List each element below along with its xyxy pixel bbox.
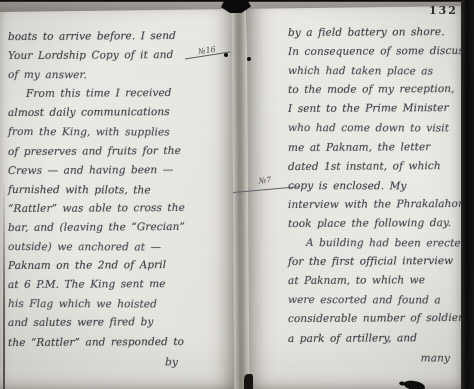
manuscript-line: a park of artillery, and bbox=[288, 328, 466, 348]
folio-number: 132 bbox=[429, 4, 458, 17]
manuscript-line: for the first official interview bbox=[288, 252, 466, 272]
gutter-shadow-mark bbox=[244, 374, 253, 389]
manuscript-line: at Paknam, to which we bbox=[288, 271, 466, 291]
right-page-text: by a field battery on shore. In conseque… bbox=[288, 24, 466, 368]
manuscript-line: to the mode of my reception, bbox=[288, 80, 466, 100]
manuscript-line: were escorted and found a bbox=[288, 291, 466, 311]
ink-dot-right bbox=[247, 57, 251, 61]
manuscript-line: interview with the Phrakalahom bbox=[288, 195, 466, 215]
left-page-text: boats to arrive before. I send Your Lord… bbox=[8, 28, 222, 372]
manuscript-line: Paknam on the 2nd of April bbox=[8, 256, 222, 276]
catchword: by bbox=[8, 353, 222, 373]
manuscript-line: In consequence of some discussion bbox=[288, 42, 466, 62]
page-edge-line-left bbox=[3, 180, 5, 389]
manuscript-line: boats to arrive before. I send bbox=[8, 27, 222, 47]
manuscript-line: “Rattler” was able to cross the bbox=[8, 199, 222, 219]
manuscript-line: and salutes were fired by bbox=[8, 313, 222, 333]
manuscript-line: of preserves and fruits for the bbox=[8, 141, 222, 161]
manuscript-line: copy is enclosed. My bbox=[288, 177, 466, 197]
manuscript-line: outside) we anchored at — bbox=[8, 238, 222, 258]
manuscript-line: I sent to the Prime Minister bbox=[288, 99, 466, 119]
manuscript-line: by a field battery on shore. bbox=[288, 23, 466, 43]
manuscript-line: me at Paknam, the letter bbox=[288, 137, 466, 157]
right-page: by a field battery on shore. In conseque… bbox=[247, 4, 462, 389]
manuscript-line: at 6 P.M. The King sent me bbox=[8, 275, 222, 295]
manuscript-line: from the King, with supplies bbox=[8, 123, 222, 143]
manuscript-line: the “Rattler” and responded to bbox=[8, 332, 222, 352]
manuscript-line: A building had been erected bbox=[288, 234, 466, 254]
manuscript-line: bar, and (leaving the “Grecian” bbox=[8, 218, 222, 238]
manuscript-line: From this time I received bbox=[8, 84, 222, 104]
manuscript-line: which had taken place as bbox=[288, 62, 466, 82]
manuscript-line: who had come down to visit bbox=[288, 119, 466, 139]
manuscript-line: almost daily communications bbox=[8, 103, 222, 123]
catchword: many bbox=[288, 349, 466, 369]
left-page: boats to arrive before. I send Your Lord… bbox=[0, 8, 236, 389]
manuscript-line: furnished with pilots, the bbox=[8, 181, 222, 201]
manuscript-line: took place the following day. bbox=[288, 214, 466, 234]
book-edge-right bbox=[461, 0, 474, 389]
ink-dot-left bbox=[224, 53, 228, 57]
manuscript-line: dated 1st instant, of which bbox=[288, 157, 466, 177]
manuscript-scan: boats to arrive before. I send Your Lord… bbox=[0, 0, 474, 389]
manuscript-line: Crews — and having been — bbox=[8, 160, 222, 180]
manuscript-line: considerable number of soldiers, bbox=[288, 309, 466, 329]
